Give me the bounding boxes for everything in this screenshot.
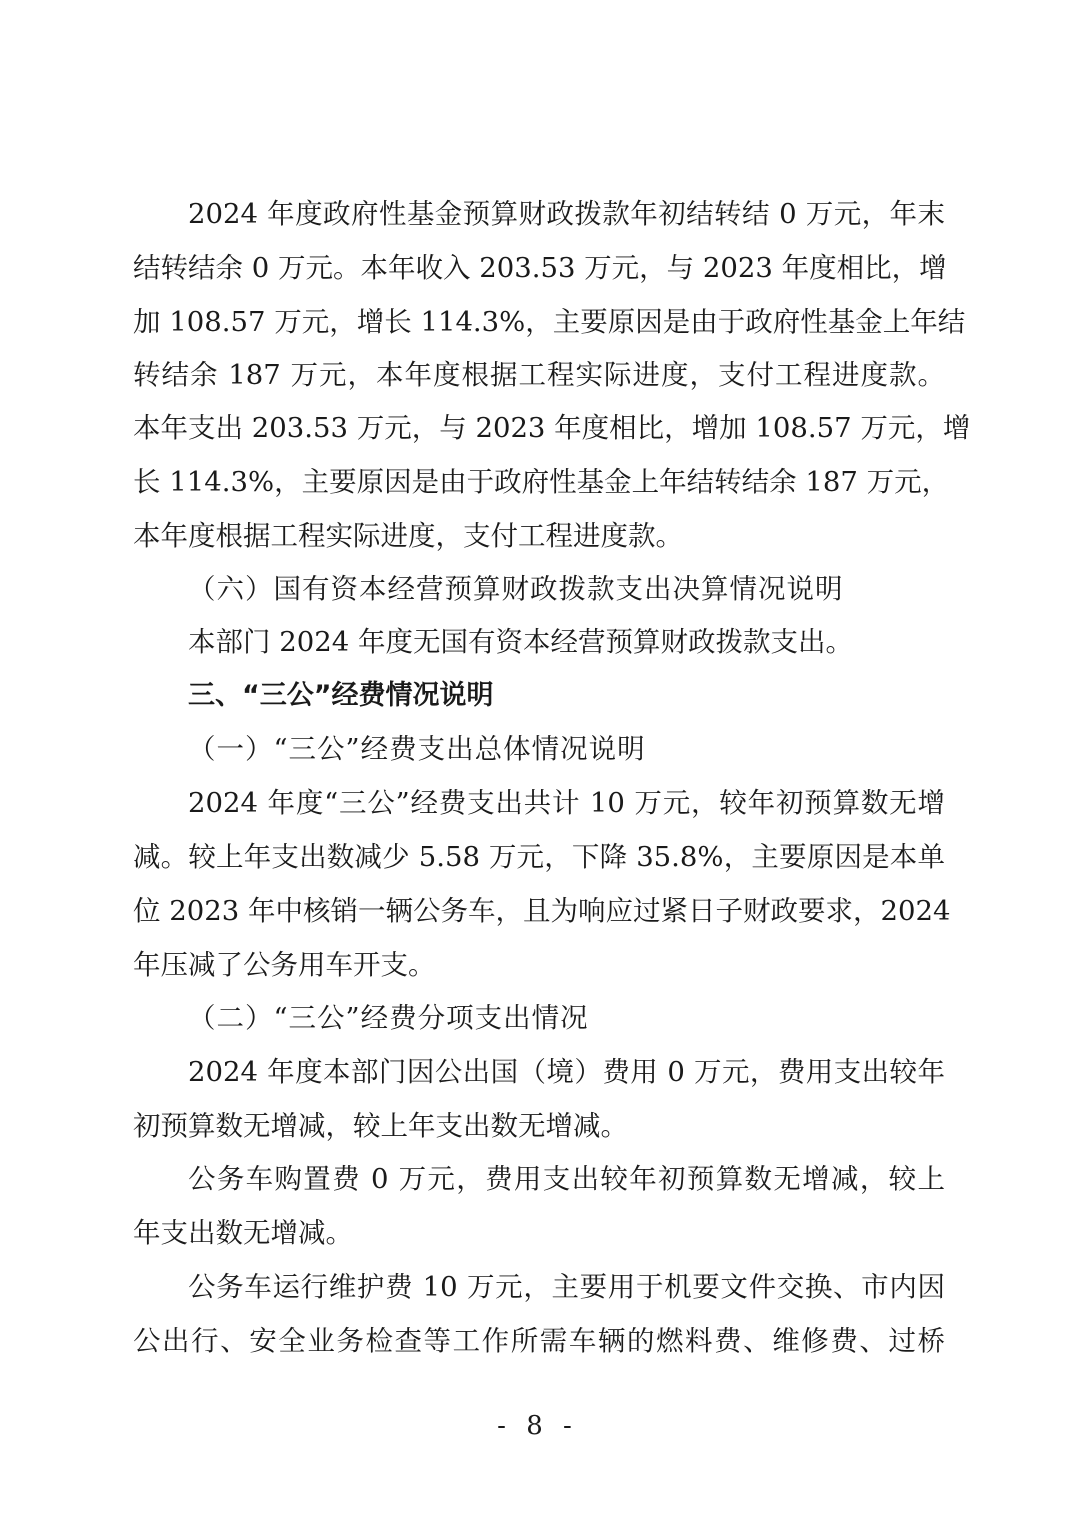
paragraph-line: 2024 年度本部门因公出国（境）费用 0 万元，费用支出较年	[188, 1045, 945, 1099]
paragraph-line: 结转结余 0 万元。本年收入 203.53 万元，与 2023 年度相比，增	[133, 241, 945, 295]
document-page: 2024 年度政府性基金预算财政拨款年初结转结 0 万元，年末 结转结余 0 万…	[0, 0, 1075, 1520]
subheading-itemized: （二）“三公”经费分项支出情况	[188, 991, 589, 1045]
page-number: - 8 -	[0, 1406, 1075, 1446]
paragraph-line: 长 114.3%，主要原因是由于政府性基金上年结转结余 187 万元，	[133, 455, 945, 509]
paragraph-line: 转结余 187 万元，本年度根据工程实际进度，支付工程进度款。	[133, 348, 945, 402]
section-heading-three-public: 三、“三公”经费情况说明	[188, 669, 494, 723]
paragraph-line: 2024 年度政府性基金预算财政拨款年初结转结 0 万元，年末	[188, 187, 945, 241]
paragraph-line: 本年支出 203.53 万元，与 2023 年度相比，增加 108.57 万元，…	[133, 401, 945, 455]
paragraph-line: 本年度根据工程实际进度，支付工程进度款。	[133, 509, 945, 563]
paragraph-line: 初预算数无增减，较上年支出数无增减。	[133, 1099, 945, 1153]
paragraph-line: 公务车购置费 0 万元，费用支出较年初预算数无增减，较上	[188, 1152, 945, 1206]
subheading-overall: （一）“三公”经费支出总体情况说明	[188, 722, 646, 776]
paragraph-line: 年压减了公务用车开支。	[133, 938, 945, 992]
paragraph-line: 公务车运行维护费 10 万元，主要用于机要文件交换、市内因	[188, 1260, 945, 1314]
paragraph-line: 年支出数无增减。	[133, 1206, 945, 1260]
subheading-state-capital: （六）国有资本经营预算财政拨款支出决算情况说明	[188, 562, 844, 616]
paragraph-line: 公出行、安全业务检查等工作所需车辆的燃料费、维修费、过桥	[133, 1314, 945, 1368]
paragraph-line: 本部门 2024 年度无国有资本经营预算财政拨款支出。	[188, 615, 945, 669]
paragraph-line: 位 2023 年中核销一辆公务车，且为响应过紧日子财政要求，2024	[133, 884, 945, 938]
paragraph-line: 加 108.57 万元，增长 114.3%，主要原因是由于政府性基金上年结	[133, 295, 945, 349]
paragraph-line: 2024 年度“三公”经费支出共计 10 万元，较年初预算数无增	[188, 776, 945, 830]
paragraph-line: 减。较上年支出数减少 5.58 万元，下降 35.8%，主要原因是本单	[133, 830, 945, 884]
